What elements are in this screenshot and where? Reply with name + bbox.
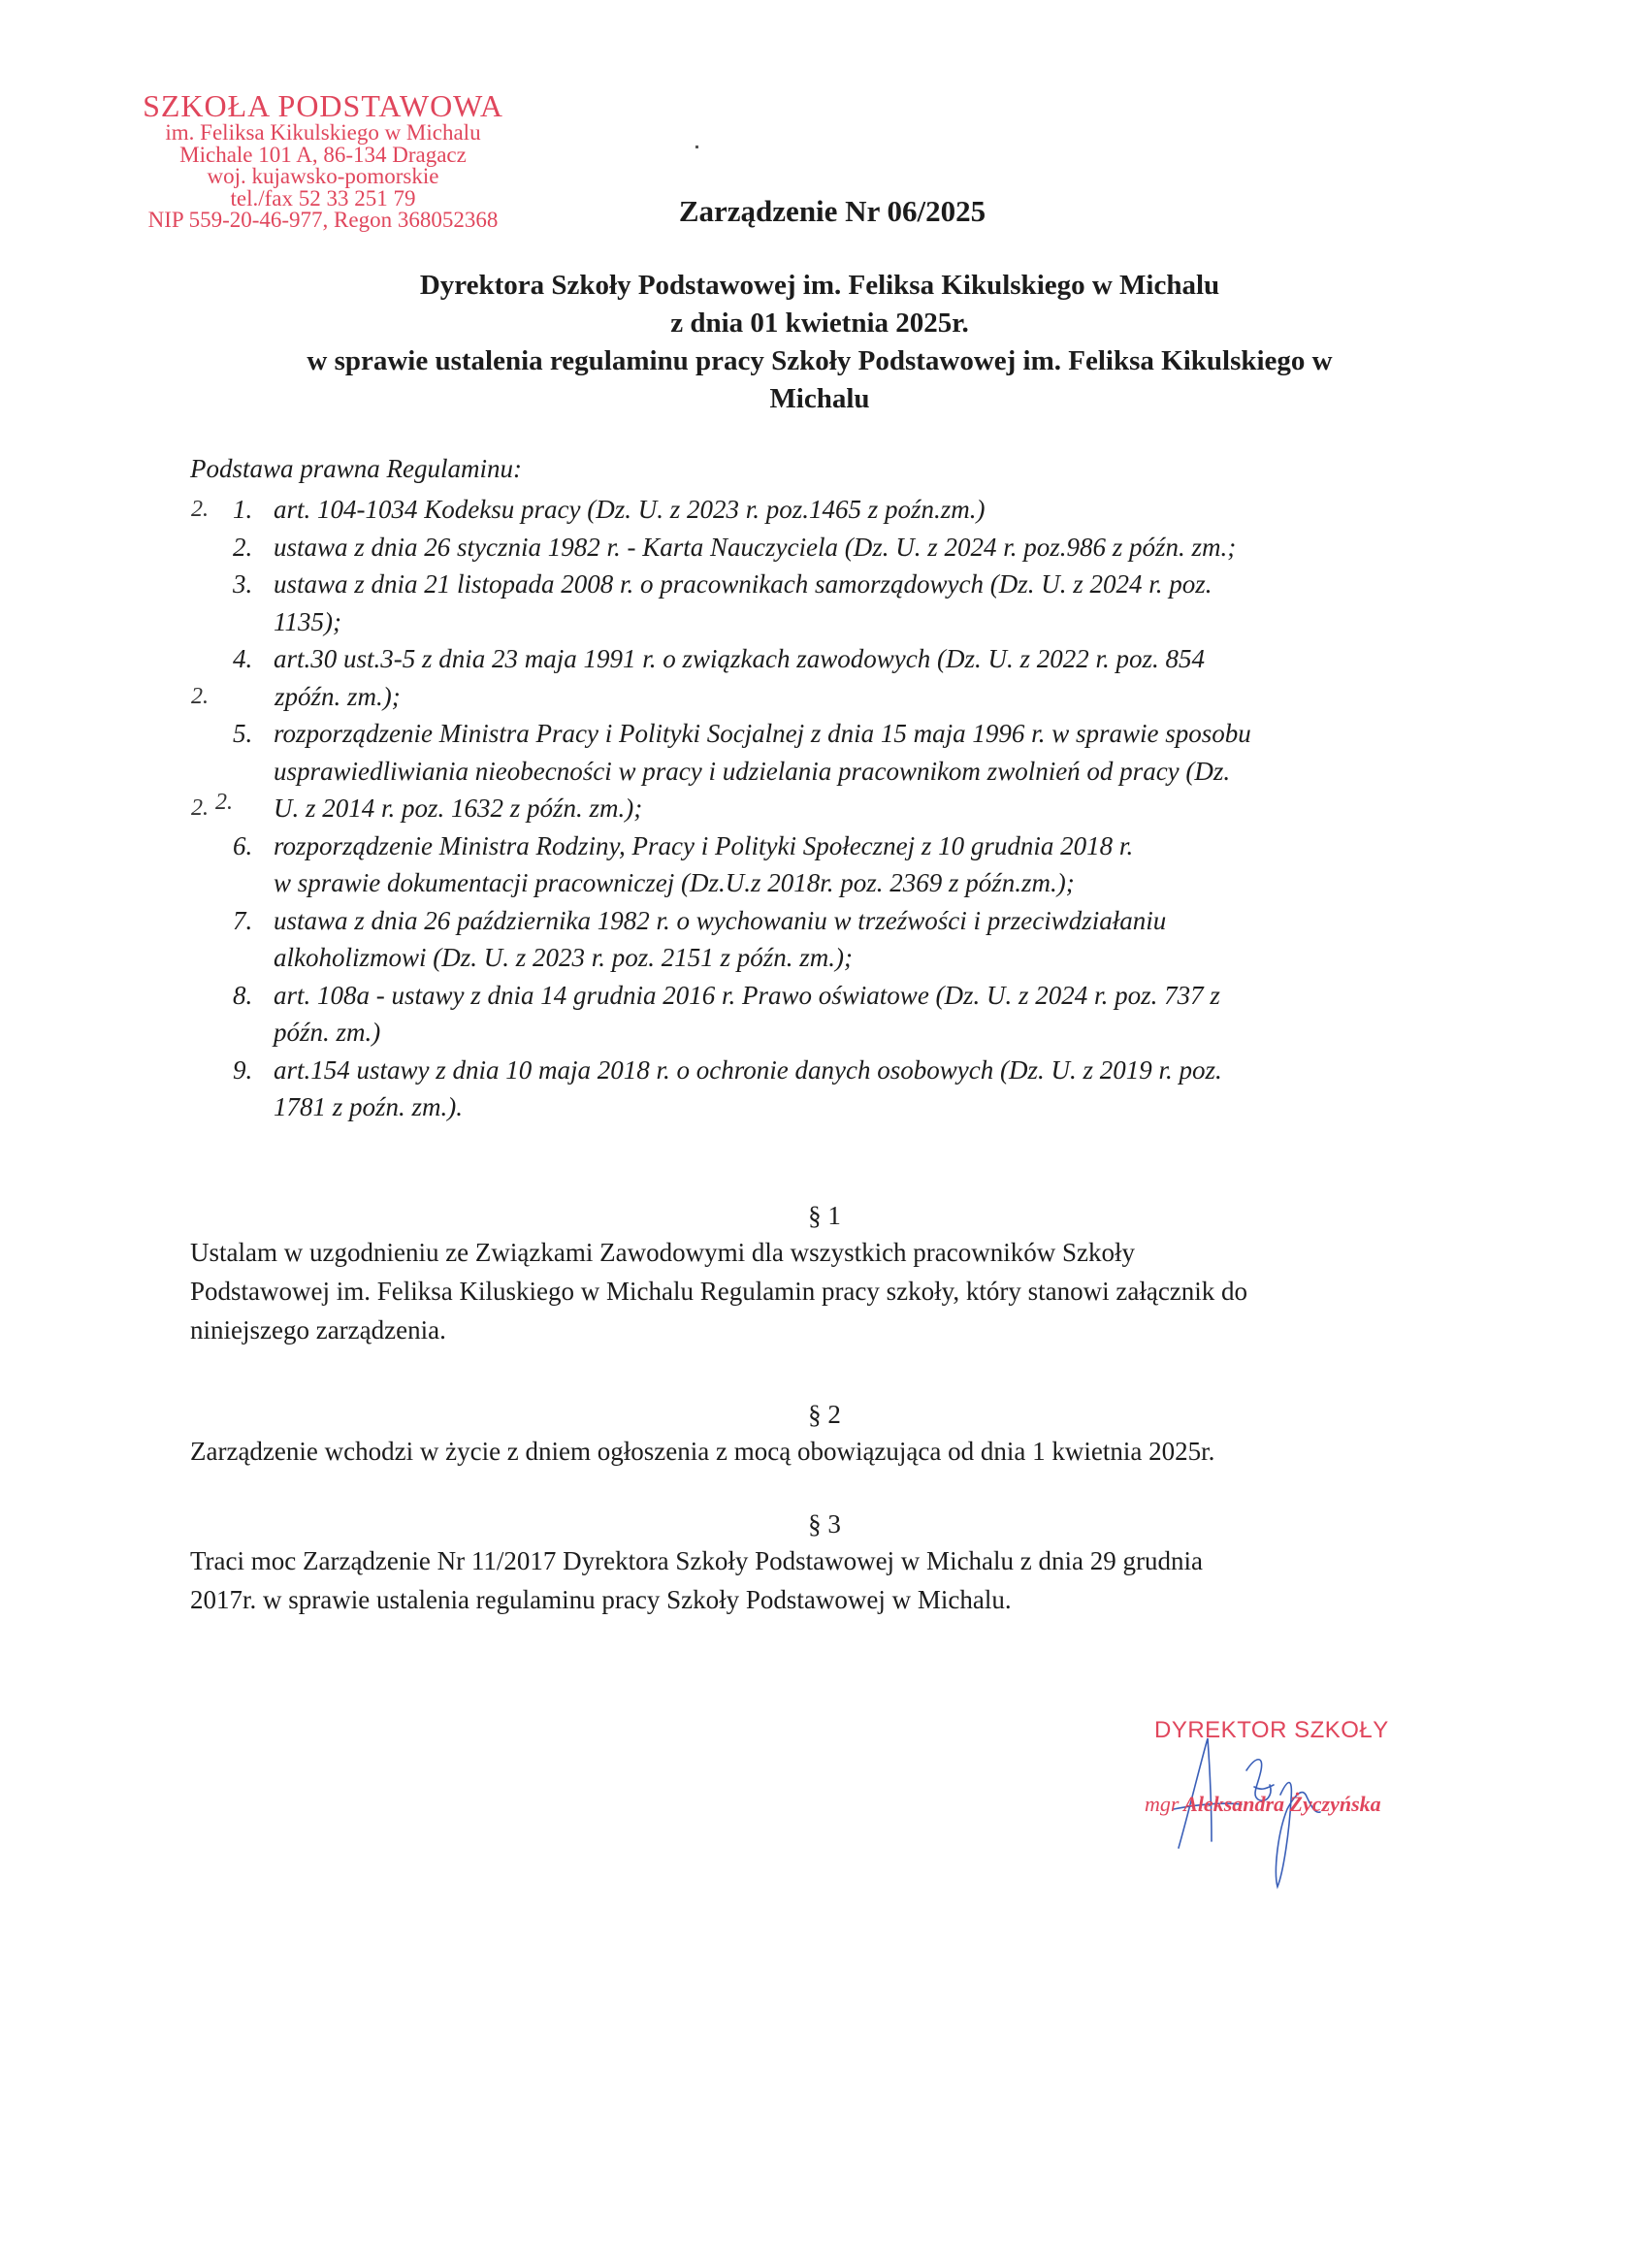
stamp-line: Michale 101 A, 86-134 Dragacz xyxy=(124,145,522,167)
list-item-text: art.154 ustawy z dnia 10 maja 2018 r. o … xyxy=(274,1055,1222,1085)
margin-annotation: 2. xyxy=(191,497,209,523)
list-item-text: art. 104-1034 Kodeksu pracy (Dz. U. z 20… xyxy=(274,495,986,525)
list-item-text: U. z 2014 r. poz. 1632 z późn. zm.); xyxy=(274,794,642,824)
list-item-text: późn. zm.) xyxy=(274,1018,380,1048)
section-text-line: Zarządzenie wchodzi w życie z dniem ogło… xyxy=(190,1437,1214,1467)
section-text-line: 2017r. w sprawie ustalenia regulaminu pr… xyxy=(190,1585,1012,1615)
subtitle-line: Michalu xyxy=(175,380,1465,418)
list-item-number: 3. xyxy=(233,569,252,599)
section-mark: § 2 xyxy=(0,1400,1649,1430)
list-item-text: ustawa z dnia 21 listopada 2008 r. o pra… xyxy=(274,569,1212,599)
document-title: Zarządzenie Nr 06/2025 xyxy=(0,194,1649,229)
list-item-text: ustawa z dnia 26 października 1982 r. o … xyxy=(274,906,1166,936)
list-item-text: art. 108a - ustawy z dnia 14 grudnia 201… xyxy=(274,981,1220,1011)
list-item-text: art.30 ust.3-5 z dnia 23 maja 1991 r. o … xyxy=(274,644,1205,674)
list-item-text: rozporządzenie Ministra Rodziny, Pracy i… xyxy=(274,831,1133,861)
margin-annotation: 2. xyxy=(215,790,233,816)
list-item-text: rozporządzenie Ministra Pracy i Polityki… xyxy=(274,719,1251,749)
list-item-number: 7. xyxy=(233,906,252,936)
list-item-number: 6. xyxy=(233,831,252,861)
list-item-text: usprawiedliwiania nieobecności w pracy i… xyxy=(274,757,1230,787)
list-item-number: 4. xyxy=(233,644,252,674)
margin-annotation: 2. xyxy=(191,684,209,710)
list-item-text: 1135); xyxy=(274,607,341,637)
signature-name: mgr Aleksandra Życzyńska xyxy=(1145,1792,1381,1817)
stamp-line: im. Feliksa Kikulskiego w Michalu xyxy=(124,122,522,145)
list-item-number: 5. xyxy=(233,719,252,749)
stamp-title: SZKOŁA PODSTAWOWA xyxy=(124,89,522,122)
scan-speck xyxy=(695,146,698,148)
list-item-text: zpóźn. zm.); xyxy=(275,682,401,712)
subtitle-line: z dnia 01 kwietnia 2025r. xyxy=(175,305,1465,342)
subtitle-line: Dyrektora Szkoły Podstawowej im. Feliksa… xyxy=(175,267,1465,305)
document-subtitle: Dyrektora Szkoły Podstawowej im. Feliksa… xyxy=(175,267,1465,418)
margin-annotation: 2. xyxy=(191,795,209,822)
list-item-text: ustawa z dnia 26 stycznia 1982 r. - Kart… xyxy=(274,533,1236,563)
list-item-text: w sprawie dokumentacji pracowniczej (Dz.… xyxy=(274,868,1075,898)
list-item-number: 9. xyxy=(233,1055,252,1085)
list-item-number: 8. xyxy=(233,981,252,1011)
section-text-line: niniejszego zarządzenia. xyxy=(190,1315,446,1345)
list-item-number: 1. xyxy=(233,495,252,525)
subtitle-line: w sprawie ustalenia regulaminu pracy Szk… xyxy=(175,342,1465,380)
section-mark: § 1 xyxy=(0,1201,1649,1231)
section-text-line: Ustalam w uzgodnieniu ze Związkami Zawod… xyxy=(190,1238,1135,1268)
legal-basis-heading: Podstawa prawna Regulaminu: xyxy=(190,454,522,484)
section-text-line: Traci moc Zarządzenie Nr 11/2017 Dyrekto… xyxy=(190,1546,1203,1576)
stamp-line: woj. kujawsko-pomorskie xyxy=(124,166,522,188)
list-item-text: alkoholizmowi (Dz. U. z 2023 r. poz. 215… xyxy=(274,943,853,973)
list-item-number: 2. xyxy=(233,533,252,563)
list-item-text: 1781 z poźn. zm.). xyxy=(274,1092,463,1122)
section-text-line: Podstawowej im. Feliksa Kiluskiego w Mic… xyxy=(190,1277,1247,1307)
section-mark: § 3 xyxy=(0,1509,1649,1539)
